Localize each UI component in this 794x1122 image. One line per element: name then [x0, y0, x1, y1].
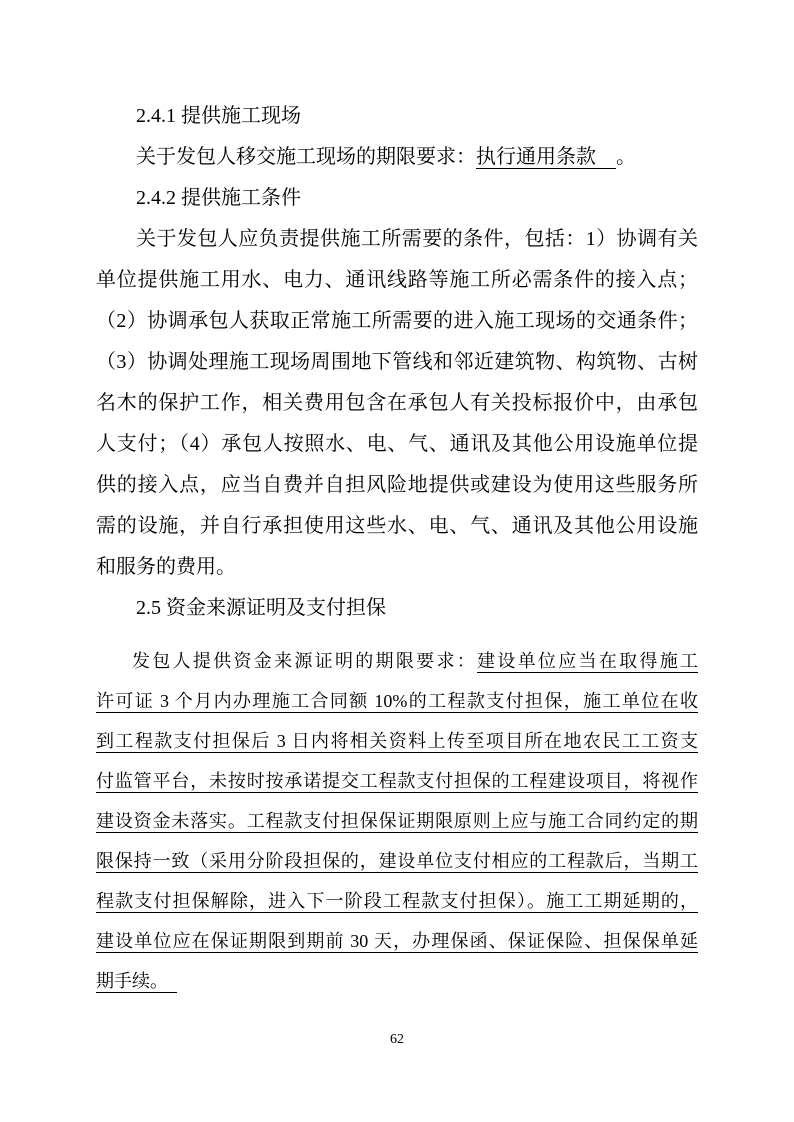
- underlined-text: 限保持一致（采用分阶段担保的，建设单位支付相应的工程款后，当期工: [96, 851, 698, 871]
- text-run: 关于发包人应负责提供施工所需要的条件，包括：1）协调有关: [136, 228, 698, 250]
- text-run: 关于发包人移交施工现场的期限要求：: [136, 146, 476, 168]
- heading-2-4-1: 2.4.1 提供施工现场: [96, 96, 698, 137]
- text-run: 。: [616, 146, 636, 168]
- para-funding-line-8: 建设单位应在保证期限到期前 30 天，办理保函、保证保险、担保保单延: [96, 921, 698, 961]
- para-conditions-line-6: 人支付；（4）承包人按照水、电、气、通讯及其他公用设施单位提: [96, 424, 698, 465]
- page-content: 2.4.1 提供施工现场关于发包人移交施工现场的期限要求：执行通用条款 。2.4…: [96, 96, 698, 1001]
- text-run: 单位提供施工用水、电力、通讯线路等施工所必需条件的接入点；: [96, 269, 698, 291]
- para-conditions-line-5: 名木的保护工作，相关费用包含在承包人有关投标报价中，由承包: [96, 383, 698, 424]
- text-run: 2.4.1 提供施工现场: [136, 105, 301, 127]
- underlined-text: 建设资金未落实。工程款支付担保保证期限原则上应与施工合同约定的期: [96, 811, 698, 831]
- underlined-text: 建设单位应当在取得施工: [477, 651, 698, 671]
- para-funding-line-3: 到工程款支付担保后 3 日内将相关资料上传至项目所在地农民工工资支: [96, 721, 698, 761]
- para-funding-line-2: 许可证 3 个月内办理施工合同额 10%的工程款支付担保，施工单位在收: [96, 681, 698, 721]
- text-run: 发包人提供资金来源证明的期限要求：: [132, 651, 477, 671]
- para-conditions-line-1: 关于发包人应负责提供施工所需要的条件，包括：1）协调有关: [96, 219, 698, 260]
- para-funding-line-1: 发包人提供资金来源证明的期限要求：建设单位应当在取得施工: [96, 641, 698, 681]
- underlined-text: 执行通用条款: [476, 146, 616, 168]
- para-funding-line-7: 程款支付担保解除，进入下一阶段工程款支付担保）。施工工期延期的，: [96, 881, 698, 921]
- para-funding-line-6: 限保持一致（采用分阶段担保的，建设单位支付相应的工程款后，当期工: [96, 841, 698, 881]
- para-conditions-line-8: 需的设施，并自行承担使用这些水、电、气、通讯及其他公用设施: [96, 506, 698, 547]
- text-run: （3）协调处理施工现场周围地下管线和邻近建筑物、构筑物、古树: [96, 351, 698, 373]
- para-funding-line-5: 建设资金未落实。工程款支付担保保证期限原则上应与施工合同约定的期: [96, 801, 698, 841]
- underlined-text: 建设单位应在保证期限到期前 30 天，办理保函、保证保险、担保保单延: [96, 931, 698, 951]
- para-site-handover: 关于发包人移交施工现场的期限要求：执行通用条款 。: [96, 137, 698, 178]
- page-number: 62: [0, 1030, 794, 1050]
- para-conditions-line-9: 和服务的费用。: [96, 547, 698, 588]
- text-run: 2.5 资金来源证明及支付担保: [136, 597, 386, 619]
- text-run: 2.4.2 提供施工条件: [136, 187, 301, 209]
- heading-2-4-2: 2.4.2 提供施工条件: [96, 178, 698, 219]
- para-conditions-line-7: 供的接入点，应当自费并自担风险地提供或建设为使用这些服务所: [96, 465, 698, 506]
- text-run: 名木的保护工作，相关费用包含在承包人有关投标报价中，由承包: [96, 392, 698, 414]
- para-conditions-line-4: （3）协调处理施工现场周围地下管线和邻近建筑物、构筑物、古树: [96, 342, 698, 383]
- para-funding-line-9: 期手续。: [96, 961, 698, 1001]
- underlined-text: 程款支付担保解除，进入下一阶段工程款支付担保）。施工工期延期的，: [96, 891, 698, 911]
- text-run: 需的设施，并自行承担使用这些水、电、气、通讯及其他公用设施: [96, 515, 698, 537]
- underlined-text: 期手续。: [96, 971, 177, 991]
- heading-2-5: 2.5 资金来源证明及支付担保: [96, 588, 698, 629]
- underlined-text: 付监管平台，未按时按承诺提交工程款支付担保的工程建设项目，将视作: [96, 771, 698, 791]
- text-run: （2）协调承包人获取正常施工所需要的进入施工现场的交通条件；: [96, 310, 698, 332]
- para-funding-line-4: 付监管平台，未按时按承诺提交工程款支付担保的工程建设项目，将视作: [96, 761, 698, 801]
- text-run: 供的接入点，应当自费并自担风险地提供或建设为使用这些服务所: [96, 474, 698, 496]
- underlined-text: 到工程款支付担保后 3 日内将相关资料上传至项目所在地农民工工资支: [96, 731, 698, 751]
- text-run: 和服务的费用。: [96, 556, 236, 578]
- para-conditions-line-2: 单位提供施工用水、电力、通讯线路等施工所必需条件的接入点；: [96, 260, 698, 301]
- text-run: 人支付；（4）承包人按照水、电、气、通讯及其他公用设施单位提: [96, 433, 698, 455]
- document-page: 2.4.1 提供施工现场关于发包人移交施工现场的期限要求：执行通用条款 。2.4…: [0, 0, 794, 1122]
- para-conditions-line-3: （2）协调承包人获取正常施工所需要的进入施工现场的交通条件；: [96, 301, 698, 342]
- underlined-text: 许可证 3 个月内办理施工合同额 10%的工程款支付担保，施工单位在收: [96, 691, 698, 711]
